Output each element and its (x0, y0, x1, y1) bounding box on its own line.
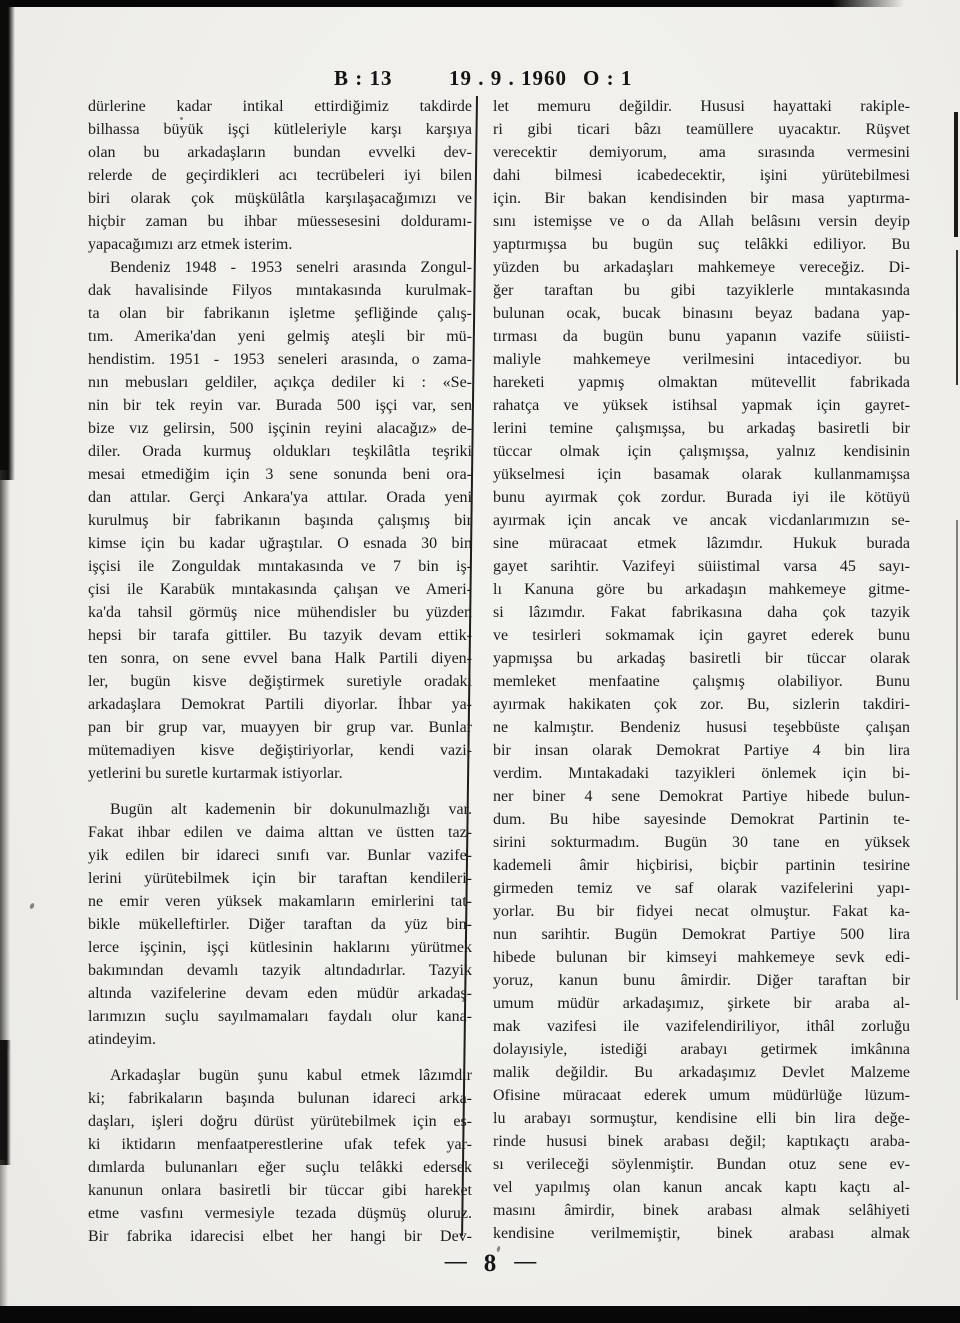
text-line: yüzden bu arkadaşları mahkemeye vereceği… (493, 256, 910, 279)
text-line: ayırmak için ancak ve ancak vicdanlarımı… (493, 509, 910, 532)
text-line: kurulmuş bir fabrikanın başında çalışmış… (88, 509, 472, 532)
text-line: nin bir tek reyin var. Burada 500 işçi v… (88, 394, 472, 417)
text-column-right: let memuru değildir. Hususi hayattaki ra… (493, 95, 910, 1245)
text-line: hibede bulunan bir kimseyi mahkemeye sev… (493, 946, 910, 969)
text-line: yoruz, kanun bunu âmirdir. Diğer tarafta… (493, 969, 910, 992)
text-line: bir insan olarak Demokrat Partiye 4 bin … (493, 739, 910, 762)
text-line: kimse için bu kadar uğraştılar. O esnada… (88, 532, 472, 555)
text-line: kanunun onlara basiretli bir tüccar gibi… (88, 1179, 472, 1202)
paragraph: Bendeniz 1948 - 1953 senelri arasında Zo… (88, 256, 472, 785)
text-line: gayet sarihtir. Vazifeyi süiistimal vars… (493, 555, 910, 578)
text-line: rinde hususi binek arabası değil; kaptık… (493, 1130, 910, 1153)
text-line: larımızın suçlu sayılmamaları faydalı ol… (88, 1005, 472, 1028)
text-line: çisi ile Karabük mıntakasında çalışan ve… (88, 578, 472, 601)
text-line: tüccar olmak için çalışmışsa, yalnız ken… (493, 440, 910, 463)
text-line: ner biner 4 sene Demokrat Partiye hibede… (493, 785, 910, 808)
paragraph: Arkadaşlar bugün şunu kabul etmek lâzımd… (88, 1064, 472, 1248)
text-line: Bendeniz 1948 - 1953 senelri arasında Zo… (88, 256, 472, 279)
text-line: Bugün alt kademenin bir dokunulmazlığı v… (88, 798, 472, 821)
text-line: işçisi ile Zonguldak mıntakasında ve 7 b… (88, 555, 472, 578)
text-line: lerini temine çalışmışsa, bu arkadaş bas… (493, 417, 910, 440)
text-line: daşları, işleri doğru dürüst yürütebilme… (88, 1110, 472, 1133)
text-line: bilhassa büyük işçi kütleleriyle karşı k… (88, 118, 472, 141)
text-line: yapacağımızı arz etmek isterim. (88, 233, 472, 256)
text-line: olan bu arkadaşların bundan evvelki dev- (88, 141, 472, 164)
text-line: atindeyim. (88, 1028, 472, 1051)
text-line: rahatça ve yüksek istihsal yapmak için g… (493, 394, 910, 417)
text-line: diler. Orada kurmuş oldukları teşkilâtla… (88, 440, 472, 463)
text-line: lı Kanuna göre bu arkadaşın mahkemeye gi… (493, 578, 910, 601)
text-line: vel yapılmış olan kanun ancak kaptı kaçt… (493, 1176, 910, 1199)
text-line: hiçbir zaman bu ihbar müessesesini doldu… (88, 210, 472, 233)
text-line: mütemadiyen kisve değiştiriyorlar, kendi… (88, 739, 472, 762)
text-line: yapmışsa bu arkadaş basiretli bir tüccar… (493, 647, 910, 670)
text-line: ka'da tahsil görmüş nice mühendisler bu … (88, 601, 472, 624)
text-line: yaptırmışsa bu bugün suç telâkki ediliyo… (493, 233, 910, 256)
text-line: etme vasfını vermesiyle tezada düşmüş ol… (88, 1202, 472, 1225)
paragraph: Bugün alt kademenin bir dokunulmazlığı v… (88, 798, 472, 1051)
page-number: — 8 — (0, 1248, 960, 1278)
text-line: bikle mükelleftirler. Diğer taraftan da … (88, 913, 472, 936)
text-line: yükselmesi için basamak olarak kullanmam… (493, 463, 910, 486)
text-line: nun sarihtir. Bugün Demokrat Partiye 500… (493, 923, 910, 946)
text-line: lu arabayı sormuştur, kendisine elli bin… (493, 1107, 910, 1130)
text-line: mesai etmediğim için 3 sene sonunda beni… (88, 463, 472, 486)
text-line: ne kalmıştır. Bendeniz hususi teşebbüste… (493, 716, 910, 739)
text-line: bakımından devamlı tazyik altındadırlar.… (88, 959, 472, 982)
text-column-left: dürlerine kadar intikal ettirdiğimiz tak… (88, 95, 472, 1248)
text-line: sine müracaat etmek lâzımdır. Hukuk bura… (493, 532, 910, 555)
text-line: dahi bilmesi icabedecektir, işini yürüte… (493, 164, 910, 187)
text-line: için. Bir bakan kendisinden bir masa yap… (493, 187, 910, 210)
text-line: let memuru değildir. Hususi hayattaki ra… (493, 95, 910, 118)
text-line: dolayısiyle, istediği arabayı getirmek i… (493, 1038, 910, 1061)
text-line: hareketi yapmış olmaktan mütevellit fabr… (493, 371, 910, 394)
text-line: bize vız gelirsin, 500 işçinin reyini al… (88, 417, 472, 440)
text-line: dum. Bu hibe sayesinde Demokrat Partinin… (493, 808, 910, 831)
text-line: yorlar. Bu bir fidyei necat olmuştur. Fa… (493, 900, 910, 923)
text-line: ta olan bir fabrikanın işletme şefliğind… (88, 302, 472, 325)
text-line: lerce işçinin, işçi kütlesinin haklarını… (88, 936, 472, 959)
text-line: nın mebusları geldiler, açıkça dediler k… (88, 371, 472, 394)
text-line: verecektir demiyorum, ama sırasında verm… (493, 141, 910, 164)
text-line: verdim. Mıntakadaki tazyikleri önlemek i… (493, 762, 910, 785)
text-line: altında vazifelerine devam eden müdür ar… (88, 982, 472, 1005)
text-line: ne emir veren yüksek makamların emirleri… (88, 890, 472, 913)
text-line: tım. Amerika'dan yeni gelmiş ateşli bir … (88, 325, 472, 348)
text-line: dan attılar. Gerçi Ankara'ya attılar. Or… (88, 486, 472, 509)
text-line: bulunan ocak, bucak binasını beyaz badan… (493, 302, 910, 325)
text-line: relerde de geçirdikleri acı tecrübeleri … (88, 164, 472, 187)
header-date: 19 . 9 . 1960 (449, 66, 567, 91)
paragraph: let memuru değildir. Hususi hayattaki ra… (493, 95, 910, 1245)
text-line: sı verileceği söylenmiştir. Bundan otuz … (493, 1153, 910, 1176)
text-line: ler, bugün kisve değiştirmek suretiyle o… (88, 670, 472, 693)
text-line: bunu ayırmak çok zordur. Burada iyi ile … (493, 486, 910, 509)
text-line: maliyle mahkemeye verilmesini intacediyo… (493, 348, 910, 371)
text-line: girmeden temiz ve saf olarak vazifelerin… (493, 877, 910, 900)
text-line: ri gibi ticari bâzı teamüllere uyacaktır… (493, 118, 910, 141)
text-line: ten sonra, on sene evvel bana Halk Parti… (88, 647, 472, 670)
text-line: ve tesirleri sokmamak için gayret ederek… (493, 624, 910, 647)
text-line: ayırmak hakikaten çok zor. Bu, sizlerin … (493, 693, 910, 716)
page-number-value: 8 (484, 1250, 497, 1277)
header-sitting-number: O : 1 (583, 66, 632, 91)
text-line: lerini yürütebilmek için bir taraftan ke… (88, 867, 472, 890)
page-number-dash-left: — (445, 1248, 466, 1273)
text-line: yetlerini bu suretle kurtarmak istiyorla… (88, 762, 472, 785)
text-line: mak vazifesi ile vazifelendiriliyor, ith… (493, 1015, 910, 1038)
paragraph: dürlerine kadar intikal ettirdiğimiz tak… (88, 95, 472, 256)
text-line: memleket menfaatine çalışmış olabiliyor.… (493, 670, 910, 693)
text-line: Arkadaşlar bugün şunu kabul etmek lâzımd… (88, 1064, 472, 1087)
text-line: kendisine verilmemiştir, binek arabası a… (493, 1222, 910, 1245)
text-line: umum müdür arkadaşımız, şirkete bir arab… (493, 992, 910, 1015)
text-line: arkadaşlara Demokrat Partili diyorlar. İ… (88, 693, 472, 716)
text-line: ğer taraftan bu gibi tazyiklerle mıntaka… (493, 279, 910, 302)
text-line: tırması da bugün bunu yapanın vazife süi… (493, 325, 910, 348)
text-line: dımlarda bulunanları eğer suçlu telâkki … (88, 1156, 472, 1179)
text-line: yik edilen bir idareci sınıfı var. Bunla… (88, 844, 472, 867)
text-line: pan bir grup var, muayyen bir grup var. … (88, 716, 472, 739)
text-line: Fakat ihbar edilen ve daima alttan ve üs… (88, 821, 472, 844)
text-line: si lâzımdır. Fakat fabrikasına daha çok … (493, 601, 910, 624)
text-line: dak havalisinde Filyos mıntakasında kuru… (88, 279, 472, 302)
text-line: ki; fabrikaların başında bulunan idareci… (88, 1087, 472, 1110)
text-line: hepsi bir tarafa gittiler. Bu tazyik dev… (88, 624, 472, 647)
text-line: sını istemişse ve o da Allah belâsını ve… (493, 210, 910, 233)
page-number-dash-right: — (514, 1248, 535, 1273)
text-line: Ofisine müracaat ederek umum müdürlüğe l… (493, 1084, 910, 1107)
text-line: Bir fabrika idarecisi elbet her hangi bi… (88, 1225, 472, 1248)
text-line: malik değildir. Bu arkadaşımız Devlet Ma… (493, 1061, 910, 1084)
text-line: dürlerine kadar intikal ettirdiğimiz tak… (88, 95, 472, 118)
text-line: sirini sokturmadım. Bugün 30 tane en yük… (493, 831, 910, 854)
text-line: biri olarak çok müşkülâtla karşılaşacağı… (88, 187, 472, 210)
text-line: kademeli âmir hiçbirisi, biçbir partinin… (493, 854, 910, 877)
text-line: ki iktidarın menfaatperestlerine ufak te… (88, 1133, 472, 1156)
text-line: masını âmirdir, binek arabası almak selâ… (493, 1199, 910, 1222)
header-session-number: B : 13 (334, 66, 393, 91)
text-line: hendistim. 1951 - 1953 seneleri arasında… (88, 348, 472, 371)
